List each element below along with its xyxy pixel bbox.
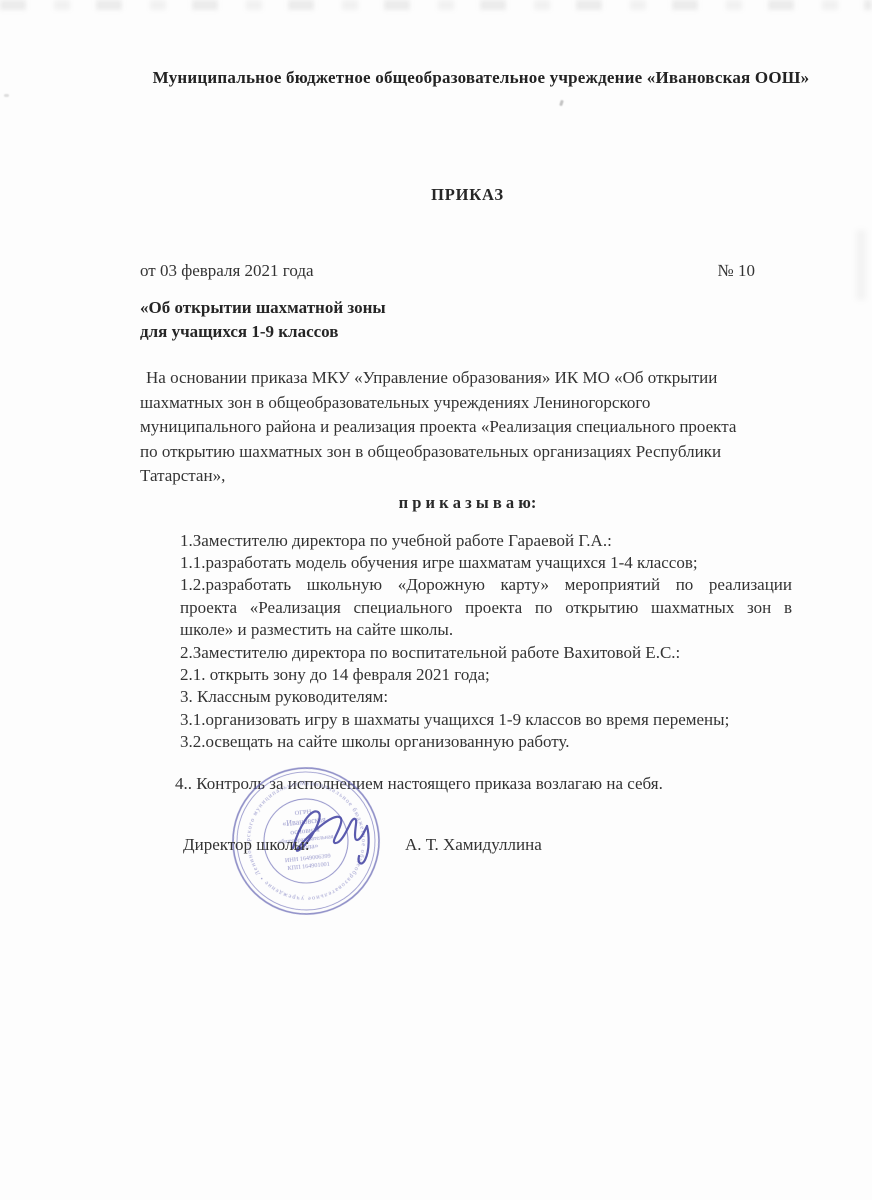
- signature-ink-icon: [283, 796, 387, 872]
- preamble: На основании приказа МКУ «Управление обр…: [140, 366, 795, 489]
- preamble-line: Татарстан»,: [140, 464, 795, 489]
- decree-word: п р и к а з ы в а ю:: [140, 493, 795, 513]
- order-line: 3.2.освещать на сайте школы организованн…: [180, 731, 792, 753]
- order-line: 1.1.разработать модель обучения игре шах…: [180, 552, 792, 574]
- subject-line: «Об открытии шахматной зоны: [140, 296, 795, 320]
- handwritten-signature: [283, 796, 387, 872]
- signatory-name: А. Т. Хамидуллина: [405, 835, 542, 855]
- preamble-line: муниципального района и реализация проек…: [140, 415, 795, 440]
- scan-streak: [856, 230, 866, 300]
- scan-speck: [559, 100, 564, 107]
- document-title: ПРИКАЗ: [140, 185, 795, 205]
- scanned-document-page: Муниципальное бюджетное общеобразователь…: [0, 0, 872, 1200]
- order-subject: «Об открытии шахматной зоны для учащихся…: [140, 296, 795, 344]
- preamble-line: На основании приказа МКУ «Управление обр…: [140, 366, 795, 391]
- scan-artifact-top: [0, 0, 872, 10]
- preamble-line: по открытию шахматных зон в общеобразова…: [140, 440, 795, 465]
- subject-line: для учащихся 1-9 классов: [140, 320, 795, 344]
- order-line: 3. Классным руководителям:: [180, 686, 792, 708]
- order-line: 2.Заместителю директора по воспитательно…: [180, 642, 792, 664]
- order-line: школе» и разместить на сайте школы.: [180, 619, 792, 641]
- scan-speck: [4, 94, 9, 97]
- order-line: 1.Заместителю директора по учебной работ…: [180, 530, 792, 552]
- order-line: 1.2.разработать школьную «Дорожную карту…: [180, 574, 792, 596]
- preamble-line: шахматных зон в общеобразовательных учре…: [140, 391, 795, 416]
- date-number-row: от 03 февраля 2021 года № 10: [140, 261, 795, 281]
- signature-block: Муниципальное бюджетное общеобразователь…: [0, 758, 872, 958]
- order-line: 2.1. открыть зону до 14 февраля 2021 год…: [180, 664, 792, 686]
- order-items: 1.Заместителю директора по учебной работ…: [180, 530, 792, 754]
- order-line: 3.1.организовать игру в шахматы учащихся…: [180, 709, 792, 731]
- signatory-role: Директор школы:: [183, 835, 310, 855]
- order-date: от 03 февраля 2021 года: [140, 261, 314, 281]
- organization-name: Муниципальное бюджетное общеобразователь…: [150, 68, 812, 88]
- order-number: № 10: [718, 261, 755, 281]
- order-line: проекта «Реализация специального проекта…: [180, 597, 792, 619]
- document-body: ПРИКАЗ от 03 февраля 2021 года № 10 «Об …: [140, 185, 795, 794]
